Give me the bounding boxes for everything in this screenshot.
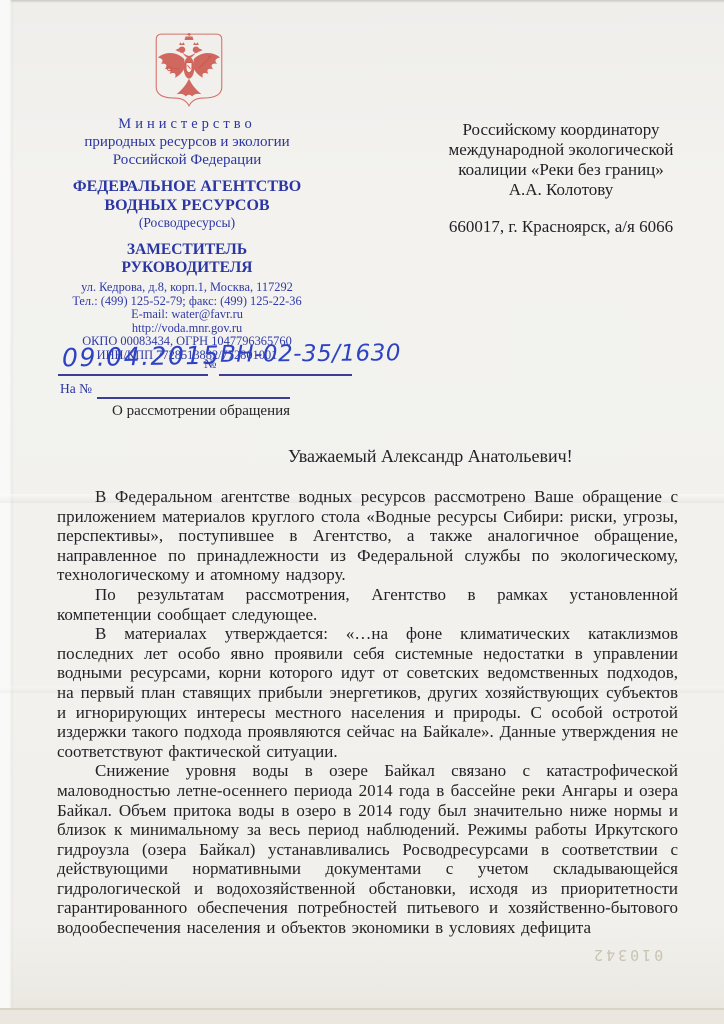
scan-edge-bottom <box>0 1008 724 1024</box>
ministry-name-line: Российской Федерации <box>58 151 316 169</box>
date-underline <box>58 374 208 376</box>
recipient-address: 660017, г. Красноярск, а/я 6066 <box>415 217 707 237</box>
ministry-name-line: Министерство <box>58 115 316 133</box>
letterhead: Министерство природных ресурсов и эколог… <box>58 115 316 362</box>
agency-name: ФЕДЕРАЛЬНОЕ АГЕНТСТВО ВОДНЫХ РЕСУРСОВ <box>58 178 316 215</box>
sender-position-line: РУКОВОДИТЕЛЯ <box>58 259 316 277</box>
body-paragraph: В материалах утверждается: «…на фоне кли… <box>57 624 678 761</box>
letter-body: В Федеральном агентстве водных ресурсов … <box>57 487 678 938</box>
recipient-name: А.А. Колотову <box>415 180 707 200</box>
body-paragraph: В Федеральном агентстве водных ресурсов … <box>57 487 678 585</box>
contact-email-line: E-mail: water@favr.ru <box>58 308 316 322</box>
scanned-letter-page: Министерство природных ресурсов и эколог… <box>0 0 724 1024</box>
recipient-line: коалиции «Реки без границ» <box>415 160 707 180</box>
number-underline <box>219 374 352 376</box>
recipient-line: Российскому координатору <box>415 120 707 140</box>
agency-short-name: (Росводресурсы) <box>58 215 316 231</box>
body-paragraph: Снижение уровня воды в озере Байкал связ… <box>57 761 678 937</box>
body-paragraph: По результатам рассмотрения, Агентство в… <box>57 585 678 624</box>
reply-ref-label: На № <box>60 381 92 397</box>
recipient-block: Российскому координатору международной э… <box>415 120 707 237</box>
scan-edge-top <box>0 0 724 3</box>
scan-artifact-number: 010342 <box>591 946 663 964</box>
contact-phone-line: Тел.: (499) 125-52-79; факс: (499) 125-2… <box>58 295 316 309</box>
sender-position-line: ЗАМЕСТИТЕЛЬ <box>58 241 316 259</box>
ministry-name-line: природных ресурсов и экологии <box>58 133 316 151</box>
handwritten-outgoing-number: ВН-02-35/1630 <box>220 340 401 368</box>
recipient-line: международной экологической <box>415 140 707 160</box>
subject-line: О рассмотрении обращения <box>112 403 290 420</box>
salutation: Уважаемый Александр Анатольевич! <box>288 446 573 467</box>
sender-position: ЗАМЕСТИТЕЛЬ РУКОВОДИТЕЛЯ <box>58 241 316 276</box>
contact-website-line: http://voda.mnr.gov.ru <box>58 322 316 336</box>
scan-edge-left <box>0 0 13 1024</box>
contact-address-line: ул. Кедрова, д.8, корп.1, Москва, 117292 <box>58 281 316 295</box>
handwritten-date: 09.04.2015 <box>62 341 221 373</box>
agency-name-line: ФЕДЕРАЛЬНОЕ АГЕНТСТВО <box>58 178 316 197</box>
agency-name-line: ВОДНЫХ РЕСУРСОВ <box>58 197 316 216</box>
russian-coat-of-arms-icon <box>150 30 228 110</box>
reply-ref-underline <box>97 397 290 399</box>
number-sign: № <box>204 356 216 372</box>
